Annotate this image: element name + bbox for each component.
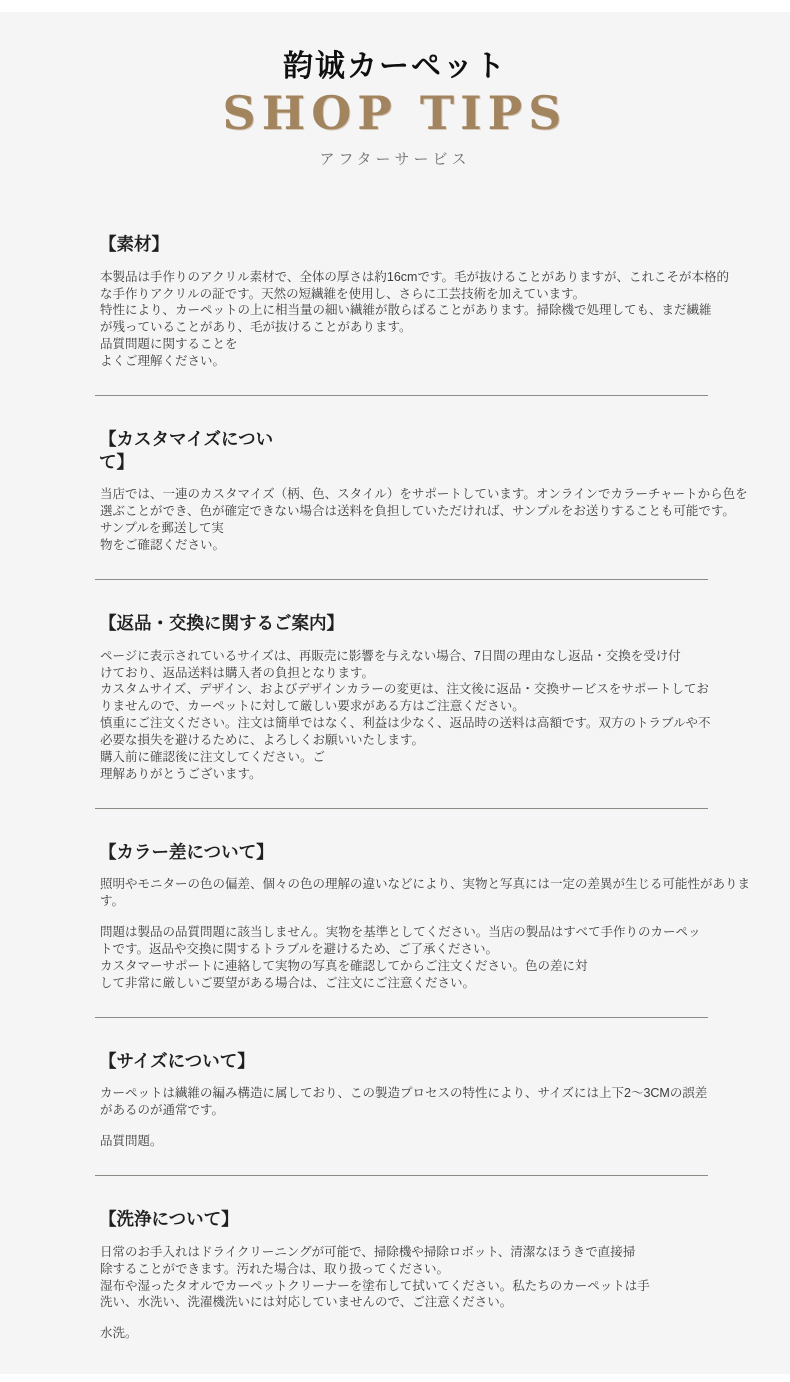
brand-title: 韵诚カーペット <box>0 50 790 83</box>
section-title: 【洗浄について】 <box>99 1208 760 1231</box>
section-material: 【素材】 本製品は手作りのアクリル素材で、全体の厚さは約16cmです。毛が抜ける… <box>95 169 760 396</box>
section-paragraph: 問題は製品の品質問題に該当しません。実物を基準としてください。当店の製品はすべて… <box>100 924 760 992</box>
section-title: 【カスタマイズについ て】 <box>99 428 760 474</box>
section-paragraph: 日常のお手入れはドライクリーニングが可能で、掃除機や掃除ロボット、清潔なほうきで… <box>100 1244 760 1312</box>
section-customize: 【カスタマイズについ て】 当店では、一連のカスタマイズ（柄、色、スタイル）をサ… <box>95 396 760 580</box>
section-title: 【カラー差について】 <box>99 841 760 864</box>
section-title: 【返品・交換に関するご案内】 <box>99 612 760 635</box>
section-paragraph: 当店では、一連のカスタマイズ（柄、色、スタイル）をサポートしています。オンライン… <box>100 486 760 554</box>
section-paragraph: 照明やモニターの色の偏差、個々の色の理解の違いなどにより、実物と写真には一定の差… <box>100 876 760 910</box>
section-title: 【素材】 <box>99 233 760 256</box>
shop-tips-logo: SHOP TIPS <box>0 87 790 140</box>
top-strip <box>0 0 790 12</box>
section-returns: 【返品・交換に関するご案内】 ページに表示されているサイズは、再販売に影響を与え… <box>95 580 760 809</box>
section-washing: 【洗浄について】 日常のお手入れはドライクリーニングが可能で、掃除機や掃除ロボッ… <box>95 1176 760 1342</box>
section-paragraph: 本製品は手作りのアクリル素材で、全体の厚さは約16cmです。毛が抜けることがあり… <box>100 269 760 370</box>
section-paragraph: ページに表示されているサイズは、再販売に影響を与えない場合、7日間の理由なし返品… <box>100 648 760 783</box>
section-color-difference: 【カラー差について】 照明やモニターの色の偏差、個々の色の理解の違いなどにより、… <box>95 809 760 1018</box>
section-title: 【サイズについて】 <box>99 1050 760 1073</box>
section-size: 【サイズについて】 カーペットは繊維の編み構造に属しており、この製造プロセスの特… <box>95 1018 760 1176</box>
section-paragraph: 品質問題。 <box>100 1133 760 1150</box>
after-service-subtitle: アフターサービス <box>0 148 790 169</box>
section-paragraph: 水洗。 <box>100 1325 760 1342</box>
after-service-page: 韵诚カーペット SHOP TIPS アフターサービス 【素材】 本製品は手作りの… <box>0 0 790 1382</box>
section-paragraph: カーペットは繊維の編み構造に属しており、この製造プロセスの特性により、サイズには… <box>100 1085 760 1119</box>
notice-sections: 【素材】 本製品は手作りのアクリル素材で、全体の厚さは約16cmです。毛が抜ける… <box>0 169 790 1382</box>
bottom-strip <box>0 1374 790 1382</box>
header: 韵诚カーペット SHOP TIPS アフターサービス <box>0 12 790 169</box>
